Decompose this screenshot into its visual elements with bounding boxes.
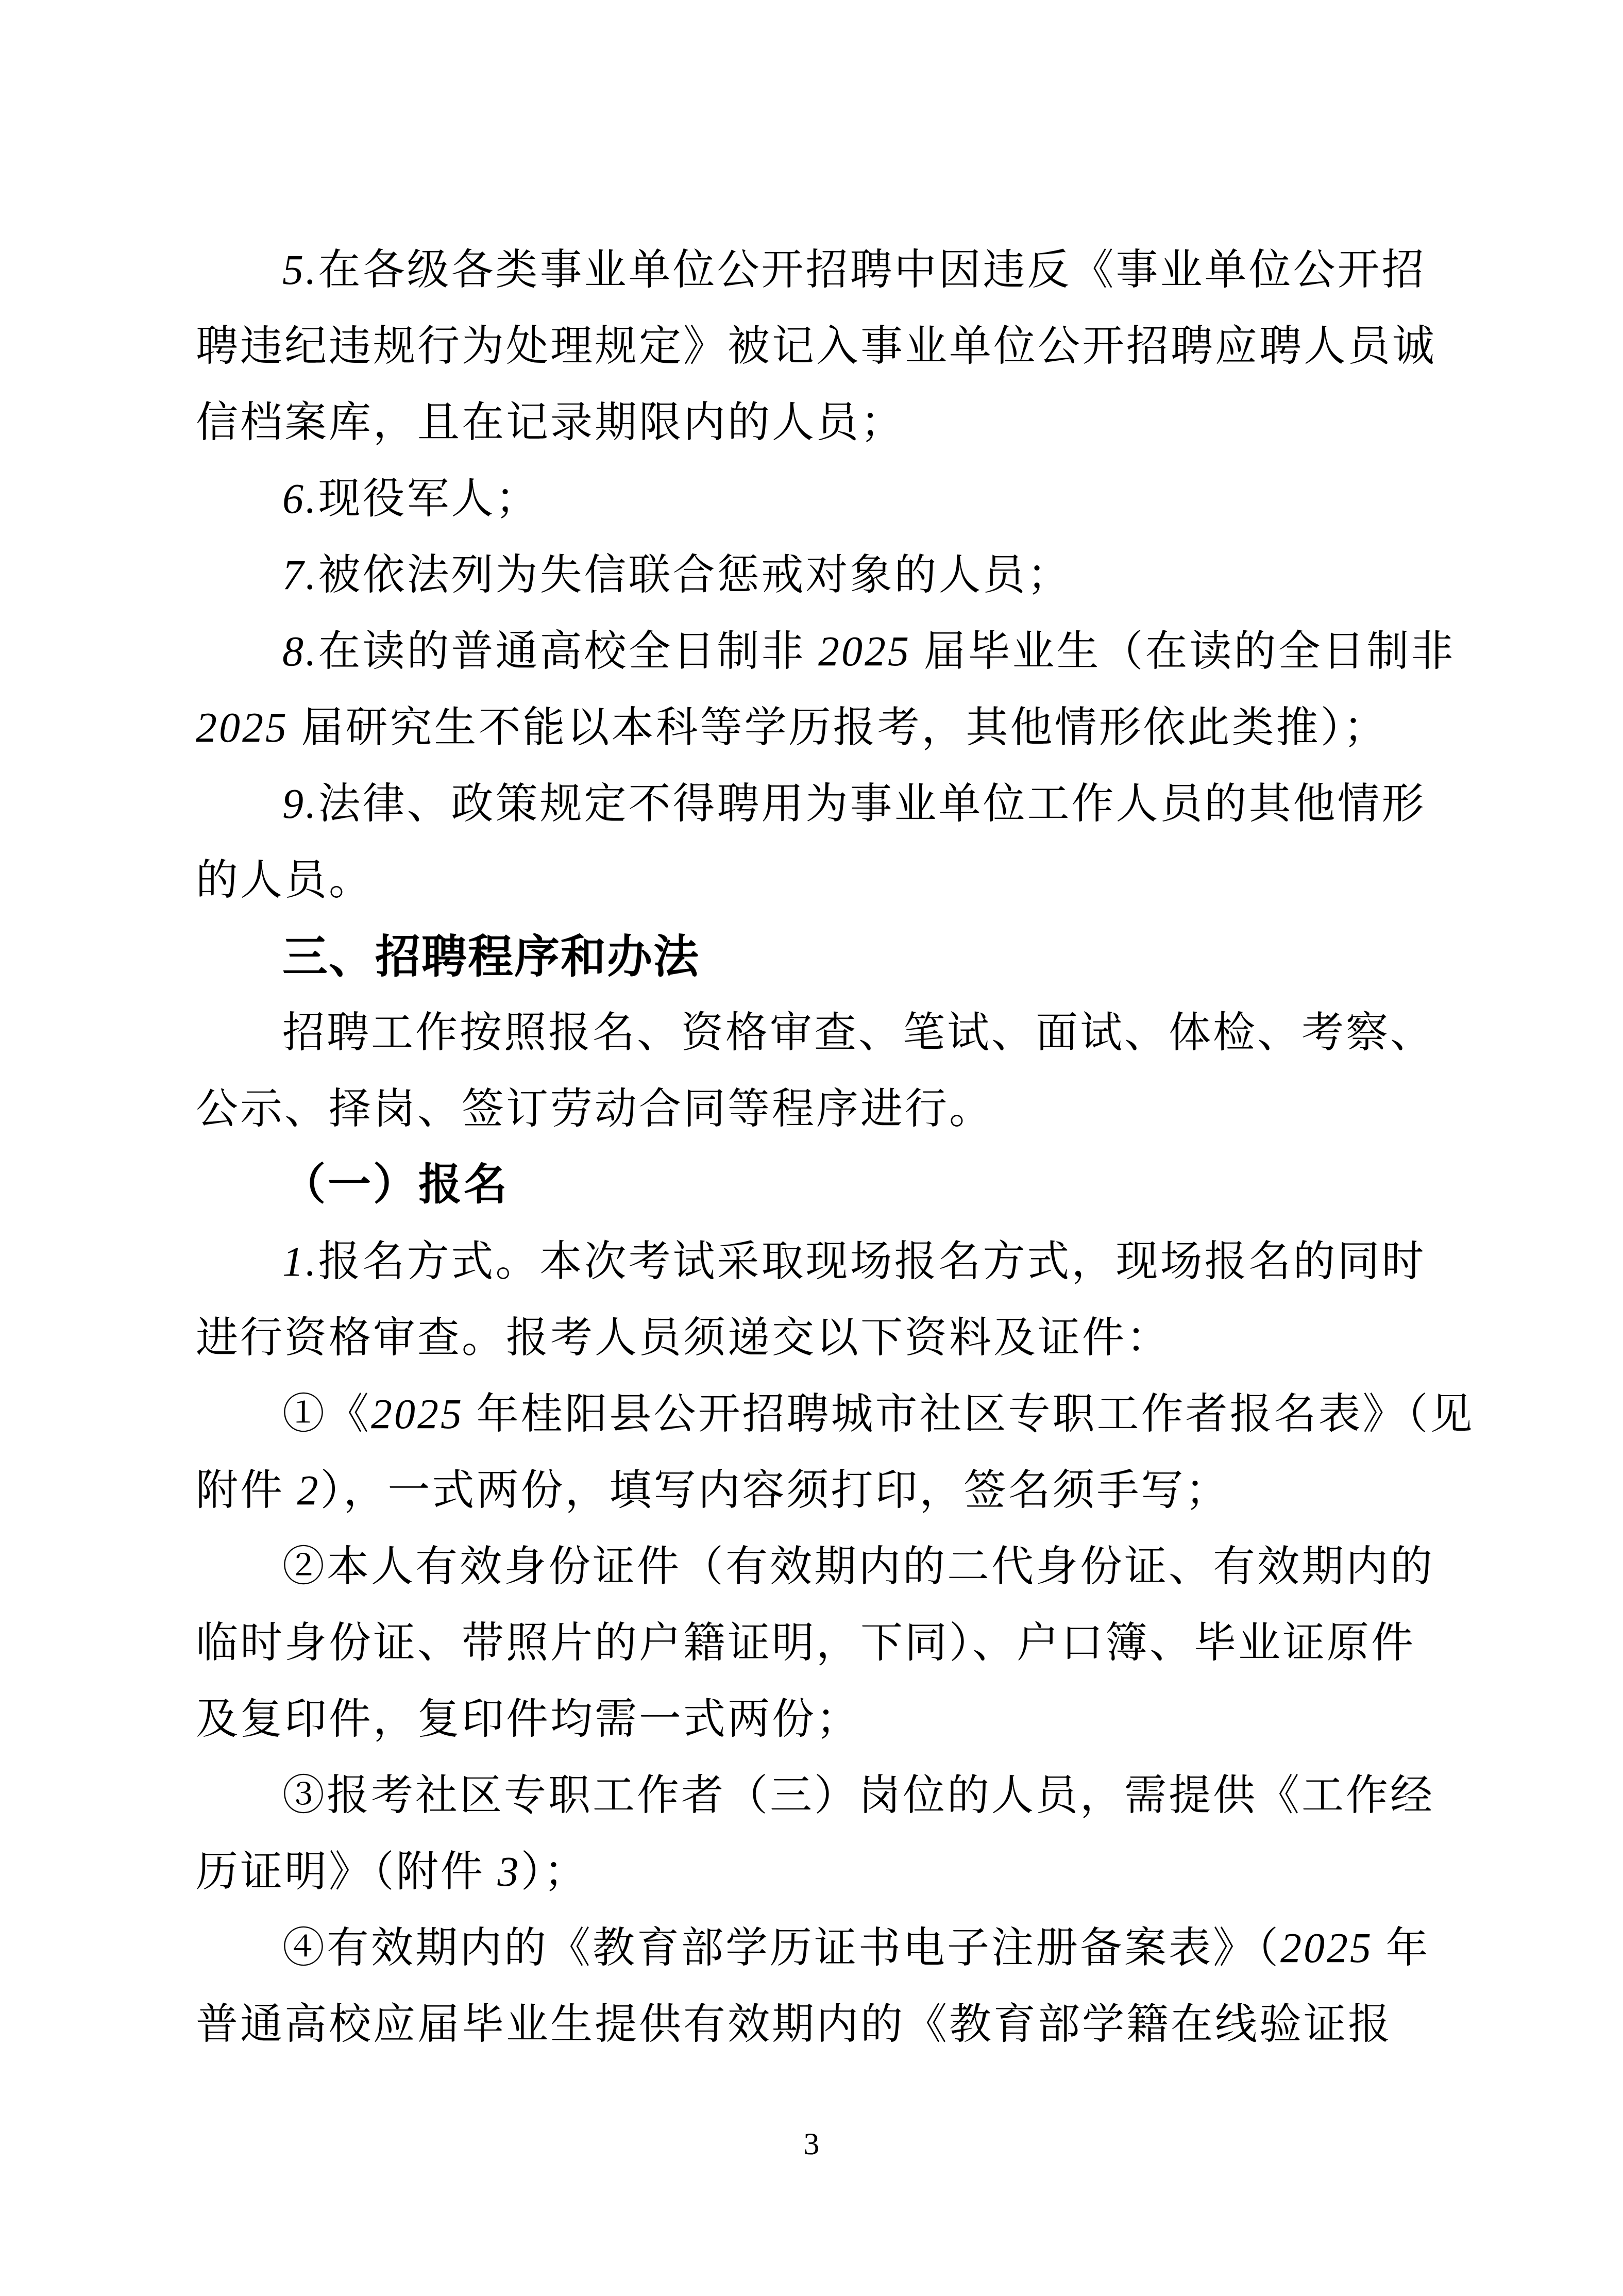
doc-line-5: 7.被依法列为失信联合惩戒对象的人员； [196,537,1438,613]
doc-line-12: 公示、择岗、签订劳动合同等程序进行。 [196,1071,1438,1147]
doc-line-15: 进行资格审查。报考人员须递交以下资料及证件： [196,1300,1438,1376]
doc-line-20: 及复印件，复印件均需一式两份； [196,1681,1438,1757]
doc-line-16: ①《2025 年桂阳县公开招聘城市社区专职工作者报名表》（见 [196,1376,1438,1452]
doc-line-17: 附件 2），一式两份，填写内容须打印，签名须手写； [196,1452,1438,1529]
doc-line-4: 6.现役军人； [196,461,1438,537]
doc-line-7: 2025 届研究生不能以本科等学历报考，其他情形依此类推）； [196,690,1438,766]
doc-line-22: 历证明》（附件 3）； [196,1834,1438,1910]
doc-line-23: ④有效期内的《教育部学历证书电子注册备案表》（2025 年 [196,1910,1438,1986]
doc-line-18: ②本人有效身份证件（有效期内的二代身份证、有效期内的 [196,1529,1438,1605]
section-heading-recruitment-procedure: 三、招聘程序和办法 [196,918,1438,995]
doc-line-9: 的人员。 [196,842,1438,918]
doc-line-24: 普通高校应届毕业生提供有效期内的《教育部学籍在线验证报 [196,1986,1438,2063]
doc-line-19: 临时身份证、带照片的户籍证明，下同）、户口簿、毕业证原件 [196,1605,1438,1681]
subsection-heading-registration: （一）报名 [196,1147,1438,1224]
document-body: 5.在各级各类事业单位公开招聘中因违反《事业单位公开招 聘违纪违规行为处理规定》… [196,232,1438,2063]
doc-line-3: 信档案库，且在记录期限内的人员； [196,384,1438,461]
doc-line-2: 聘违纪违规行为处理规定》被记入事业单位公开招聘应聘人员诚 [196,308,1438,384]
doc-line-21: ③报考社区专职工作者（三）岗位的人员，需提供《工作经 [196,1757,1438,1834]
document-page: 5.在各级各类事业单位公开招聘中因违反《事业单位公开招 聘违纪违规行为处理规定》… [0,0,1623,2296]
doc-line-14: 1.报名方式。本次考试采取现场报名方式，现场报名的同时 [196,1224,1438,1300]
doc-line-6: 8.在读的普通高校全日制非 2025 届毕业生（在读的全日制非 [196,613,1438,690]
page-number: 3 [0,2118,1623,2170]
doc-line-11: 招聘工作按照报名、资格审查、笔试、面试、体检、考察、 [196,995,1438,1071]
doc-line-1: 5.在各级各类事业单位公开招聘中因违反《事业单位公开招 [196,232,1438,308]
doc-line-8: 9.法律、政策规定不得聘用为事业单位工作人员的其他情形 [196,766,1438,842]
